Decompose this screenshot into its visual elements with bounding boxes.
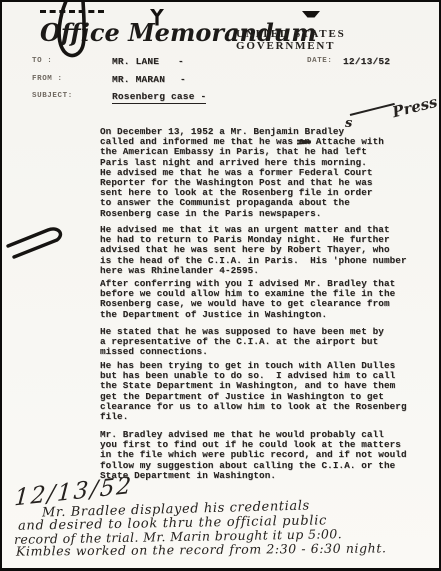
field-from-label: FROM : — [32, 75, 63, 83]
field-to-dash: - — [178, 56, 184, 67]
field-subject-value: Rosenberg case - — [112, 91, 206, 104]
field-from-dash: - — [180, 74, 186, 85]
field-from-value: MR. MARAN — [112, 74, 165, 85]
down-arrow-mark — [302, 11, 320, 18]
field-to-value: MR. LANE — [112, 56, 159, 67]
paperclip-icon — [4, 222, 68, 268]
memo-paragraph-2: He advised me that it was an urgent matt… — [100, 225, 407, 276]
strikeout-mark — [297, 139, 311, 145]
memo-paragraph-3: After conferring with you I advised Mr. … — [100, 279, 395, 320]
memo-paragraph-1: On December 13, 1952 a Mr. Benjamin Brad… — [100, 127, 384, 219]
header-bullet: • — [224, 29, 231, 43]
paperclip-icon — [50, 0, 103, 65]
memo-paragraph-5: He has been trying to get in touch with … — [100, 361, 407, 422]
hand-drawn-line — [350, 103, 395, 116]
field-to-label: TO : — [32, 57, 52, 65]
field-date-value: 12/13/52 — [343, 56, 390, 67]
memo-paragraph-6: Mr. Bradley advised me that he would pro… — [100, 430, 407, 481]
memo-page: Office Memorandum • UNITED STATES GOVERN… — [0, 0, 441, 571]
handwritten-press-note: Press — [391, 93, 440, 122]
memo-paragraph-4: He stated that he was supposed to have b… — [100, 327, 384, 358]
field-date-label: DATE: — [307, 57, 333, 65]
us-government-title: UNITED STATES GOVERNMENT — [236, 28, 439, 52]
handwritten-note-line-4: Kimbles worked on the record from 2:30 -… — [16, 540, 387, 558]
field-subject-label: SUBJECT: — [32, 92, 73, 100]
